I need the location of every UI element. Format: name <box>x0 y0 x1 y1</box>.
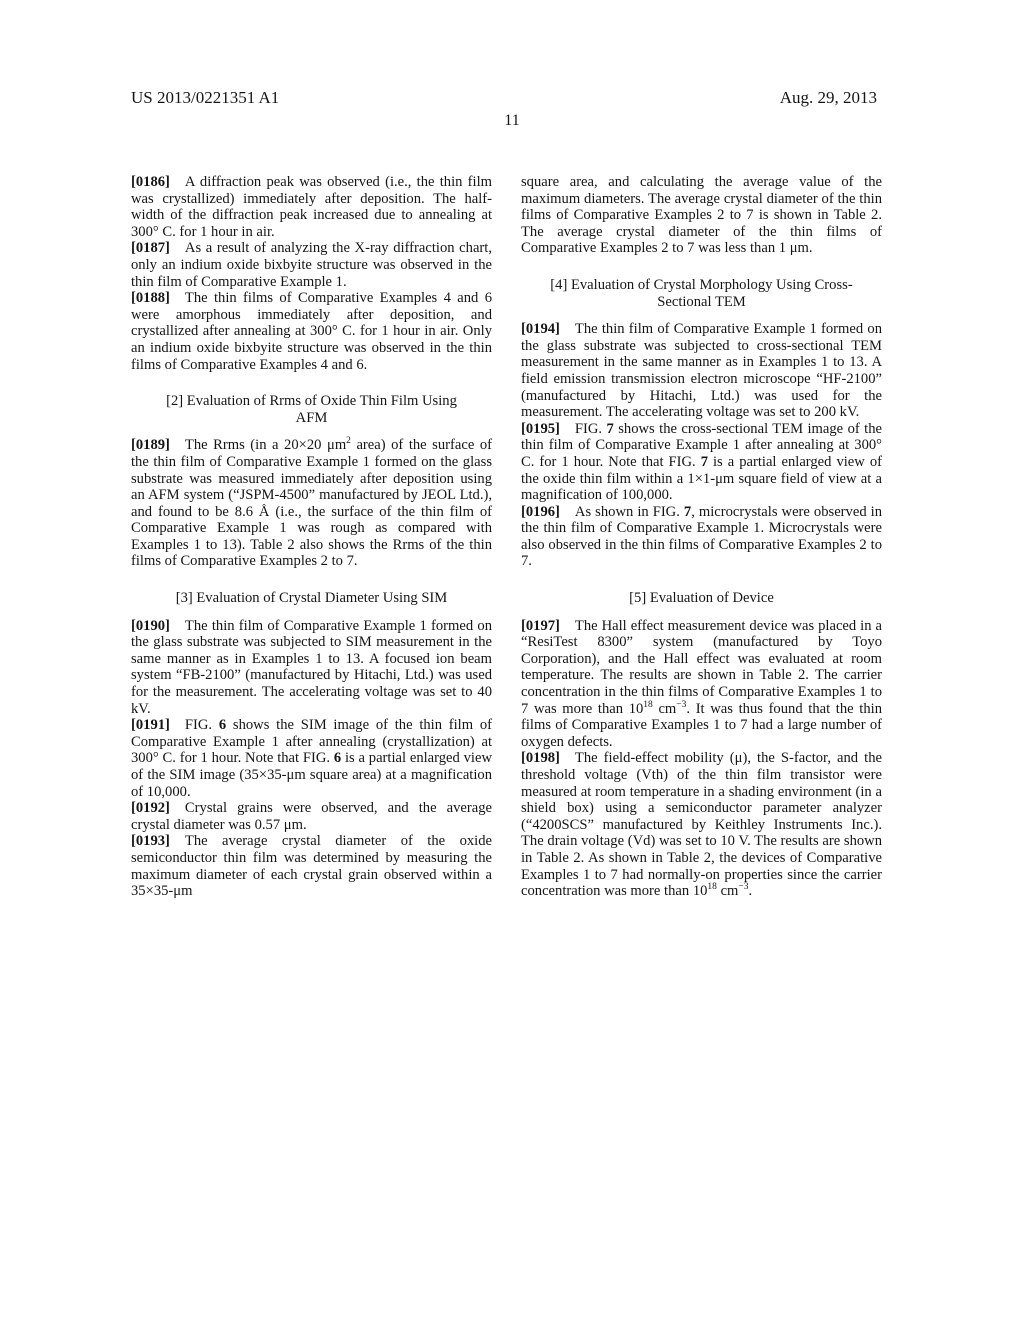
superscript-text: −3 <box>738 882 748 892</box>
paragraph: [0191]FIG. 6 shows the SIM image of the … <box>131 717 492 800</box>
page-number: 11 <box>0 112 1024 130</box>
body-text: The Rrms (in a 20×20 μm <box>185 437 346 453</box>
paragraph-number: [0193] <box>131 833 170 849</box>
publication-date: Aug. 29, 2013 <box>780 88 877 108</box>
paragraph-number: [0186] <box>131 174 170 190</box>
paragraph-number: [0188] <box>131 290 170 306</box>
body-text: The thin film of Comparative Example 1 f… <box>521 321 882 420</box>
paragraph-number: [0187] <box>131 240 170 256</box>
paragraph: [0188]The thin films of Comparative Exam… <box>131 290 492 373</box>
paragraph-number: [0197] <box>521 618 560 634</box>
body-text: FIG. <box>575 421 607 437</box>
body-text: The average crystal diameter of the oxid… <box>131 833 492 899</box>
body-text: area) of the surface of the thin film of… <box>131 437 492 569</box>
paragraph: [0198]The field-effect mobility (μ), the… <box>521 750 882 899</box>
column-right: square area, and calculating the average… <box>521 174 882 900</box>
paragraph: [0197]The Hall effect measurement device… <box>521 618 882 751</box>
section-heading: [5] Evaluation of Device <box>549 590 854 607</box>
paragraph: square area, and calculating the average… <box>521 174 882 257</box>
paragraph-number: [0195] <box>521 421 560 437</box>
superscript-text: 18 <box>643 700 653 710</box>
paragraph-number: [0191] <box>131 717 170 733</box>
paragraph: [0187]As a result of analyzing the X-ray… <box>131 240 492 290</box>
paragraph-number: [0190] <box>131 618 170 634</box>
section-heading: [4] Evaluation of Crystal Morphology Usi… <box>549 277 854 310</box>
paragraph-number: [0192] <box>131 800 170 816</box>
body-text: FIG. <box>185 717 219 733</box>
paragraph: [0189]The Rrms (in a 20×20 μm2 area) of … <box>131 437 492 570</box>
paragraph-number: [0196] <box>521 504 560 520</box>
section-heading: [2] Evaluation of Rrms of Oxide Thin Fil… <box>159 393 464 426</box>
paragraph: [0196]As shown in FIG. 7, microcrystals … <box>521 504 882 570</box>
body-text: cm <box>717 883 738 899</box>
body-text: The thin film of Comparative Example 1 f… <box>131 618 492 717</box>
paragraph: [0190]The thin film of Comparative Examp… <box>131 618 492 718</box>
paragraph-number: [0198] <box>521 750 560 766</box>
body-text: As a result of analyzing the X-ray diffr… <box>131 240 492 289</box>
paragraph: [0193]The average crystal diameter of th… <box>131 833 492 899</box>
body-text: A diffraction peak was observed (i.e., t… <box>131 174 492 240</box>
patent-number: US 2013/0221351 A1 <box>131 88 279 108</box>
superscript-text: −3 <box>676 700 686 710</box>
body-text: As shown in FIG. <box>575 504 684 520</box>
body-text: square area, and calculating the average… <box>521 174 882 256</box>
body-text: . <box>749 883 753 899</box>
paragraph: [0186]A diffraction peak was observed (i… <box>131 174 492 240</box>
patent-page: US 2013/0221351 A1 Aug. 29, 2013 11 [018… <box>0 0 1024 1320</box>
body-text: 7 <box>701 454 708 470</box>
paragraph: [0194]The thin film of Comparative Examp… <box>521 321 882 421</box>
paragraph-number: [0189] <box>131 437 170 453</box>
column-left: [0186]A diffraction peak was observed (i… <box>131 174 492 900</box>
body-text: The field-effect mobility (μ), the S-fac… <box>521 750 882 899</box>
body-text: Crystal grains were observed, and the av… <box>131 800 492 833</box>
body-text: cm <box>653 701 676 717</box>
paragraph: [0192]Crystal grains were observed, and … <box>131 800 492 833</box>
paragraph: [0195]FIG. 7 shows the cross-sectional T… <box>521 421 882 504</box>
section-heading: [3] Evaluation of Crystal Diameter Using… <box>159 590 464 607</box>
superscript-text: 18 <box>707 882 717 892</box>
body-text: 7 <box>607 421 614 437</box>
paragraph-number: [0194] <box>521 321 560 337</box>
body-text: The thin films of Comparative Examples 4… <box>131 290 492 372</box>
